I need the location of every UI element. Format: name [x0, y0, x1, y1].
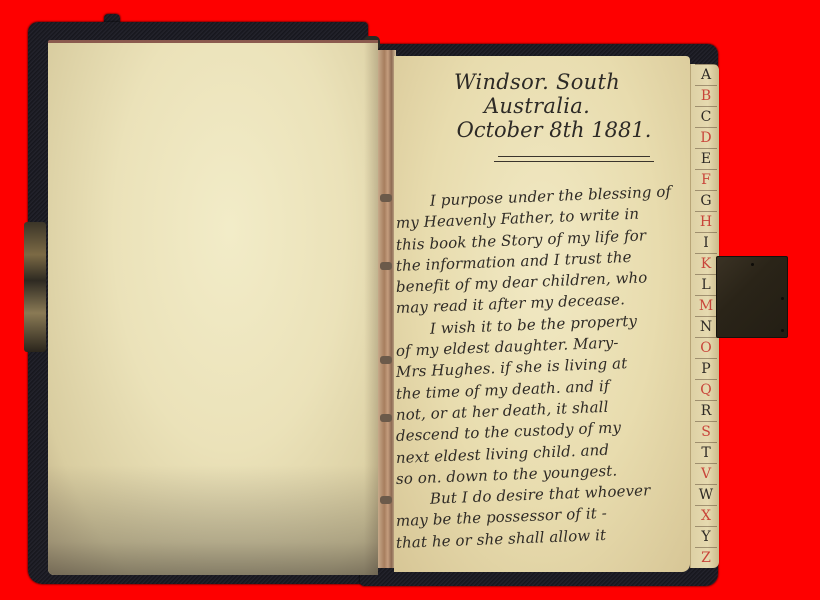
alphabet-index-tabs: ABCDEFGHIKLMNOPQRSTVWXYZ: [690, 64, 719, 568]
page-heading: Windsor. South Australia. October 8th 18…: [414, 70, 674, 142]
binding-stitch: [380, 414, 392, 422]
clasp-rivet: [751, 263, 754, 266]
index-tab-y: Y: [695, 526, 717, 548]
index-tab-n: N: [695, 316, 717, 338]
index-tab-l: L: [695, 274, 717, 296]
index-tab-i: I: [695, 232, 717, 254]
handwritten-text: I purpose under the blessing of my Heave…: [396, 192, 686, 554]
index-tab-a: A: [695, 64, 717, 86]
index-tab-d: D: [695, 127, 717, 149]
index-tab-c: C: [695, 106, 717, 128]
binding-stitch: [380, 194, 392, 202]
clasp-rivet: [781, 329, 784, 332]
clasp-rivet: [781, 297, 784, 300]
heading-date: October 8th 1881.: [434, 118, 674, 142]
binding-stitch: [380, 262, 392, 270]
index-tab-q: Q: [695, 379, 717, 401]
heading-underline: [498, 156, 650, 157]
index-tab-z: Z: [695, 547, 717, 569]
index-tab-r: R: [695, 400, 717, 422]
left-clasp-remnant: [24, 222, 46, 352]
index-tab-b: B: [695, 85, 717, 107]
journal-photo: Windsor. South Australia. October 8th 18…: [0, 0, 820, 600]
index-tab-x: X: [695, 505, 717, 527]
left-page-blank: [48, 40, 378, 575]
index-tab-f: F: [695, 169, 717, 191]
index-tab-k: K: [695, 253, 717, 275]
index-tab-e: E: [695, 148, 717, 170]
index-tab-w: W: [695, 484, 717, 506]
binding-stitch: [380, 496, 392, 504]
index-tab-v: V: [695, 463, 717, 485]
index-tab-p: P: [695, 358, 717, 380]
right-page-handwritten: Windsor. South Australia. October 8th 18…: [394, 56, 690, 572]
metal-clasp: [716, 256, 788, 338]
index-tab-g: G: [695, 190, 717, 212]
index-tab-t: T: [695, 442, 717, 464]
binding-stitch: [380, 356, 392, 364]
index-tab-s: S: [695, 421, 717, 443]
index-tab-h: H: [695, 211, 717, 233]
index-tab-o: O: [695, 337, 717, 359]
heading-place: Windsor. South Australia.: [400, 70, 674, 118]
index-tab-m: M: [695, 295, 717, 317]
heading-underline: [494, 161, 654, 162]
